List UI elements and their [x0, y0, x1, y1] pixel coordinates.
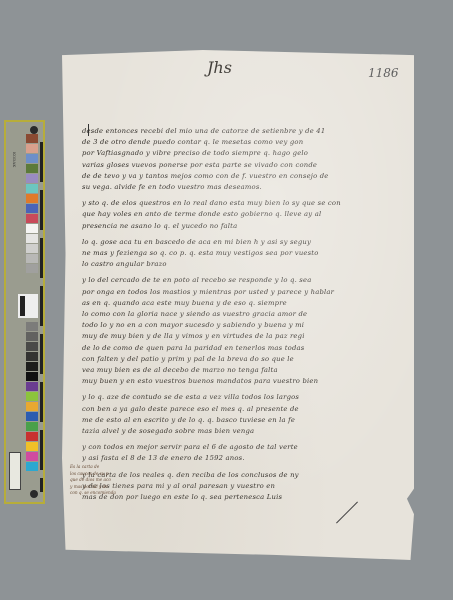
manuscript-line: lo como con la gloria nace y siendo as v…	[82, 309, 407, 320]
color-calibration-card: KODAK	[4, 120, 45, 504]
color-patch	[26, 164, 38, 173]
manuscript-line: me de esto al en escrito y de lo q. q. b…	[82, 415, 407, 426]
manuscript-page: Jhs 1186 desde entonces recebi del mio u…	[62, 50, 414, 560]
manuscript-line: tazia alvel y de sosegado sobre mas bien…	[82, 426, 407, 437]
manuscript-line: varias gloses vuevos ponerse por esta pa…	[82, 160, 407, 171]
color-patch	[26, 264, 38, 273]
color-patch	[26, 184, 38, 193]
color-patch	[26, 234, 38, 243]
color-patch	[26, 452, 38, 461]
color-patch	[26, 204, 38, 213]
color-patch	[26, 244, 38, 253]
color-patches-bottom	[26, 322, 40, 472]
color-patch	[26, 322, 38, 331]
color-patch	[26, 342, 38, 351]
manuscript-line: desde entonces recebi del mio una de cat…	[82, 126, 407, 137]
manuscript-text-body: desde entonces recebi del mio una de cat…	[82, 126, 407, 503]
manuscript-line: todo lo y no en a con mayor sucesdo y sa…	[82, 320, 407, 331]
manuscript-line: con ben a ya galo deste parece eso el me…	[82, 404, 407, 415]
manuscript-line: de de tevo y va y tantos mejos como con …	[82, 171, 407, 182]
card-label: KODAK	[12, 152, 17, 167]
color-patch	[26, 462, 38, 471]
manuscript-line: su vega. alvide fe en todo vuestro mas d…	[82, 182, 407, 193]
manuscript-line: lo q. gose aca tu en bascedo de aca en m…	[82, 237, 407, 248]
manuscript-line: por Vaftiasgnado y vibre preciso de todo…	[82, 148, 407, 159]
color-patch	[26, 362, 38, 371]
manuscript-line: as en q. quando aca este muy buena y de …	[82, 298, 407, 309]
color-patch	[26, 422, 38, 431]
manuscript-line: y lo del cercado de te en poto al recebo…	[82, 275, 407, 286]
color-patch	[26, 154, 38, 163]
heading-monogram: Jhs	[207, 58, 232, 77]
manuscript-line: ne mas y fezienga so q. co p. q. esta mu…	[82, 248, 407, 259]
color-patch	[26, 254, 38, 263]
color-patch	[26, 194, 38, 203]
color-patch	[26, 224, 38, 233]
card-hole-bottom	[30, 490, 38, 498]
color-patch	[26, 442, 38, 451]
color-patch	[26, 214, 38, 223]
marginal-annotation: Es la carta delos cauces de su pque de d…	[70, 464, 118, 497]
manuscript-line: lo castro angular brazo	[82, 259, 407, 270]
margin-note-line: que de dios me aco	[70, 477, 118, 484]
color-patch	[26, 144, 38, 153]
manuscript-line: y de los tienes para mi y al oral paresa…	[82, 481, 407, 492]
card-barcode-label	[9, 452, 21, 490]
color-patch	[26, 432, 38, 441]
manuscript-line: y sto q. de elos questros en lo real dan…	[82, 198, 407, 209]
color-patch	[26, 402, 38, 411]
manuscript-line: muy de muy bien y de lla y vimos y en vi…	[82, 331, 407, 342]
manuscript-line: por onga en todos los mastios y mientras…	[82, 287, 407, 298]
manuscript-line: muy buen y en esto vuestros buenos manda…	[82, 376, 407, 387]
color-patch	[26, 352, 38, 361]
manuscript-line: con falten y del patio y prim y pal de l…	[82, 354, 407, 365]
color-patch	[26, 134, 38, 143]
grey-scale-ticks	[40, 142, 43, 492]
color-patch	[26, 412, 38, 421]
color-patch	[26, 174, 38, 183]
folio-number: 1186	[368, 66, 399, 80]
manuscript-line: que hay voles en anto de terme donde est…	[82, 209, 407, 220]
color-patches-top	[26, 134, 40, 274]
signature-flourish	[336, 502, 358, 524]
manuscript-line: presencia ne asano lo q. el yucedo no fa…	[82, 221, 407, 232]
color-patch	[26, 332, 38, 341]
card-hole-top	[30, 126, 38, 134]
manuscript-line: y con todos en mejor servir para el 6 de…	[82, 442, 407, 453]
margin-note-line: con q. se encomienda	[70, 490, 118, 497]
color-patch	[26, 372, 38, 381]
manuscript-line: de 3 de otro dende puedo contar q. le me…	[82, 137, 407, 148]
scale-reference-box	[18, 294, 38, 318]
manuscript-line: y la carta de los reales q. den reciba d…	[82, 470, 407, 481]
color-patch	[26, 382, 38, 391]
color-patch	[26, 392, 38, 401]
manuscript-line: de lo de como de quen para la paridad en…	[82, 343, 407, 354]
manuscript-line: y lo q. aze de contudo se de esta a vez …	[82, 392, 407, 403]
manuscript-line: vea muy bien es de al decebo de marzo no…	[82, 365, 407, 376]
manuscript-line: y asi fasta el 8 de 13 de enero de 1592 …	[82, 453, 407, 464]
